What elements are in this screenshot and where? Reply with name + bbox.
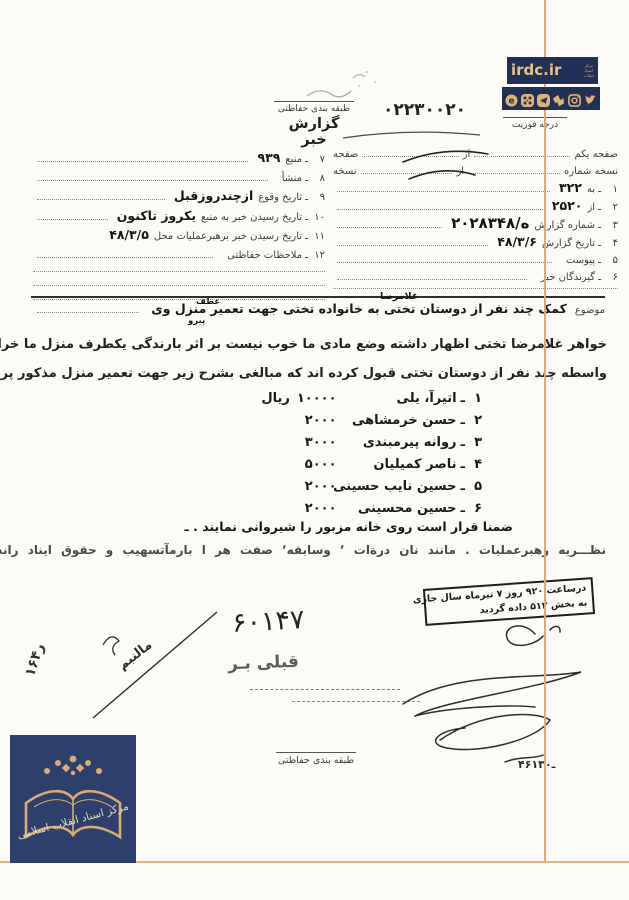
- irdc-badge: irdc.ir مرکز اسناد انقلاب: [507, 57, 598, 84]
- body-line-1: خواهر غلامرضا تختی اظهار داشته وضع مادی …: [31, 330, 607, 359]
- irdc-site-label: irdc.ir: [511, 63, 561, 78]
- contributor-row: ۱ـ اتیرآ، یلی ۱۰۰۰۰ ریال: [230, 392, 482, 406]
- subject-label: موضوع: [575, 305, 605, 317]
- faded-dashed-line: [250, 689, 400, 690]
- twitter-icon: [584, 92, 597, 105]
- contributors-list: ۱ـ اتیرآ، یلی ۱۰۰۰۰ ریال ۲ـ حسن خرمشاهی …: [230, 392, 482, 524]
- contributor-row: ۴ـ ناصر کمیلیان ۵۰۰۰: [230, 458, 482, 472]
- scan-edge-vertical-line: [544, 0, 546, 862]
- report-body: خواهر غلامرضا تختی اظهار داشته وضع مادی …: [31, 330, 607, 388]
- reference-mark-atf: عطف: [196, 297, 220, 307]
- roof-note: ضمنا قرار است روی خانه مزبور را شیروانی …: [184, 519, 513, 534]
- svg-text:e: e: [508, 97, 514, 107]
- social-icons-bar: e: [502, 87, 600, 110]
- contributor-row: ۵ـ حسین نایب حسینی ۲۰۰۰: [230, 480, 482, 494]
- field-from: ۲ـ از ۲۵۲۰: [333, 200, 618, 214]
- field-report-number: ۳ـ شماره گزارش ۲۰ه/۲۸۳۴۸: [333, 218, 618, 232]
- field-origin: ۸ـ منشأ: [33, 172, 325, 185]
- telegram-icon: [537, 92, 550, 105]
- bale-icon: [552, 92, 565, 105]
- reference-mark-peyro: پیرو: [188, 316, 205, 326]
- urgency-label: درجه فوریت: [503, 117, 567, 130]
- form-title: گزارش خبر: [274, 116, 354, 148]
- filler-dotted-line: [333, 288, 618, 289]
- handwritten-side-note: ۱۶ر۴: [22, 642, 48, 679]
- archive-logo-emblem: مرکز اسناد انقلاب اسلامی: [10, 735, 136, 863]
- handwritten-underline: [340, 126, 485, 142]
- filler-dotted-line: [33, 299, 325, 300]
- subject-row: موضوع کمک چند نفر از دوستان تختی به خانو…: [33, 303, 605, 317]
- field-news-to-operations-date: ۱۱ـ تاریخ رسیدن خبر برهبرعملیات محل ۴۸/۳…: [33, 229, 325, 243]
- classification-bottom: طبقه بندی حفاظتی: [276, 752, 356, 766]
- faded-handwritten-note: قبلی بـر: [228, 652, 300, 674]
- diagonal-strike-mark: [85, 600, 225, 725]
- field-recipients: ۶ـ گیرندگان خبر: [333, 271, 618, 284]
- handwritten-mark: [405, 163, 480, 185]
- field-news-to-source-date: ۱۰ـ تاریخ رسیدن خبر به منبع یکروز تاکنون: [33, 210, 325, 224]
- operations-leader-note: نظـــریه رهبرعملیات . مانند نان درةات ٬ …: [28, 543, 606, 557]
- field-occurrence-date: ۹ـ تاریخ وقوع ازچندروزقبل: [33, 190, 325, 204]
- field-attachment: ۵ـ پیوست: [333, 254, 618, 267]
- classification-top: طبقه بندی حفاظتی: [274, 101, 354, 114]
- aparat-icon: [521, 92, 534, 105]
- field-security-remarks: ۱۲ـ ملاحظات حفاظتی: [33, 249, 325, 262]
- registration-number-stamp: ۰۲۲۳۰۰۲۰: [383, 100, 466, 120]
- contributor-row: ۶ـ حسین محسینی ۲۰۰۰: [230, 502, 482, 516]
- contributor-row: ۲ـ حسن خرمشاهی ۲۰۰۰: [230, 414, 482, 428]
- subject-annotation: غلامرضا: [380, 291, 418, 302]
- filler-dotted-line: [33, 285, 325, 286]
- body-line-2: واسطه چند نفر از دوستان تختی قبول کرده ا…: [31, 359, 607, 388]
- irdc-logo-mark: مرکز اسناد انقلاب: [584, 64, 594, 78]
- field-source: ۷ـ منبع ۹۳۹: [33, 152, 325, 166]
- filler-dotted-line: [33, 271, 325, 272]
- signature: [385, 612, 600, 767]
- field-report-date: ۴ـ تاریخ گزارش ۴۸/۳/۶: [333, 236, 618, 250]
- contributor-row: ۳ـ روانه پیرمبندی ۳۰۰۰: [230, 436, 482, 450]
- page-number: ۴۶ـ۱۳۰: [518, 758, 555, 771]
- section-divider: [31, 296, 605, 298]
- archive-logo: مرکز اسناد انقلاب اسلامی: [10, 735, 136, 863]
- instagram-icon: [568, 92, 581, 105]
- form-fields-left: ۷ـ منبع ۹۳۹ ۸ـ منشأ ۹ـ تاریخ وقوع ازچندر…: [33, 152, 325, 300]
- eitaa-icon: e: [505, 92, 518, 105]
- handwritten-reference-number: ۶۰۱۴۷: [231, 604, 305, 639]
